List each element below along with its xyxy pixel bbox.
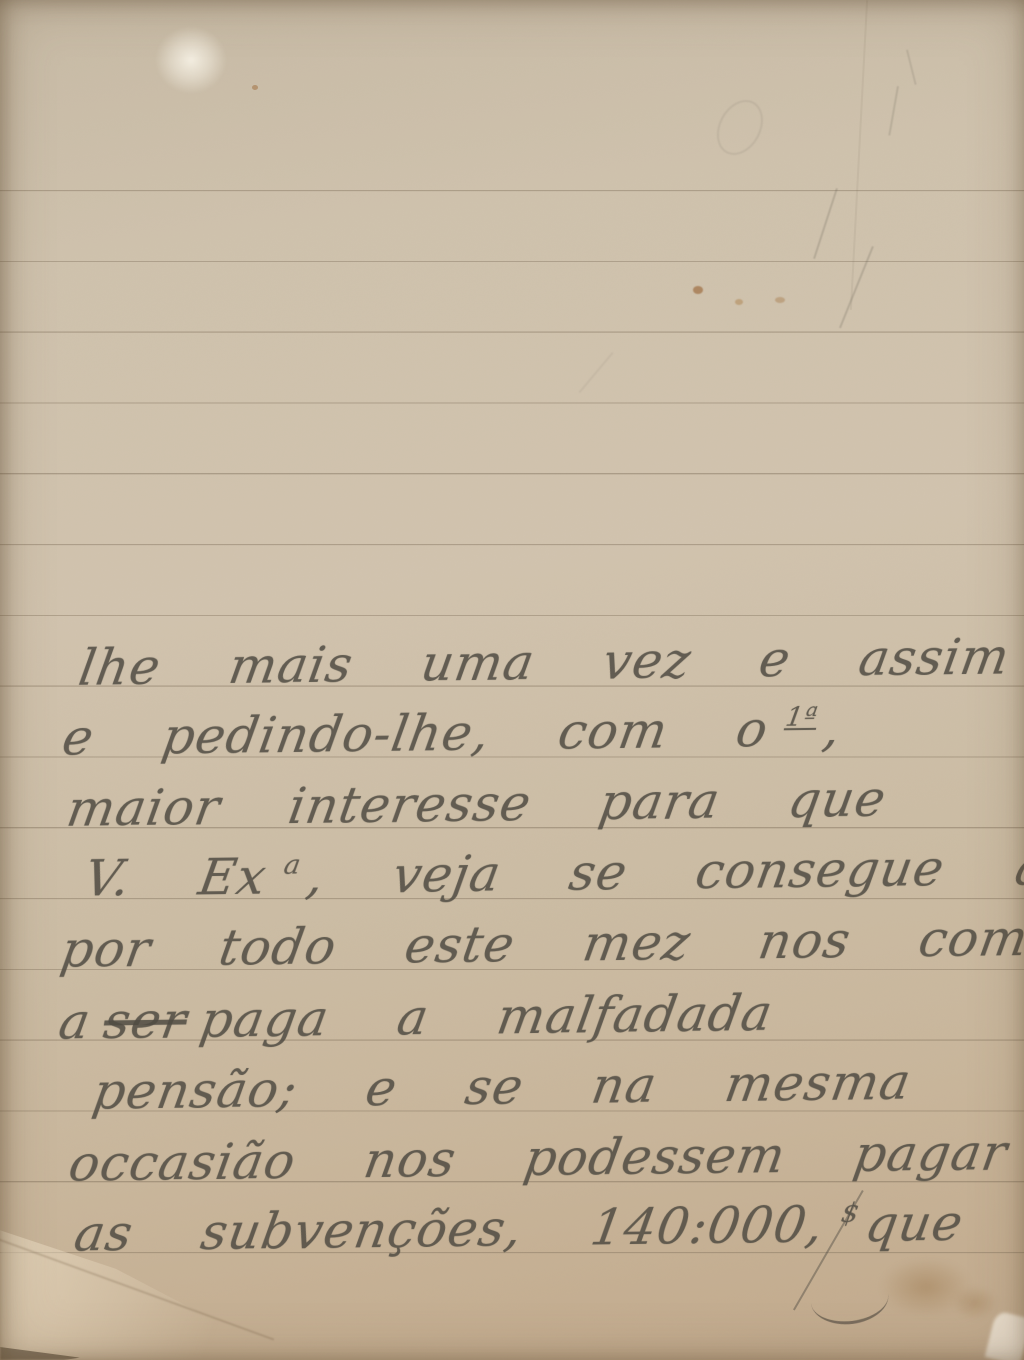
edge-vignette <box>0 0 1024 1360</box>
scanned-letter-page: lhe mais uma vez e assim e pedindo-lhe, … <box>0 0 1024 1360</box>
